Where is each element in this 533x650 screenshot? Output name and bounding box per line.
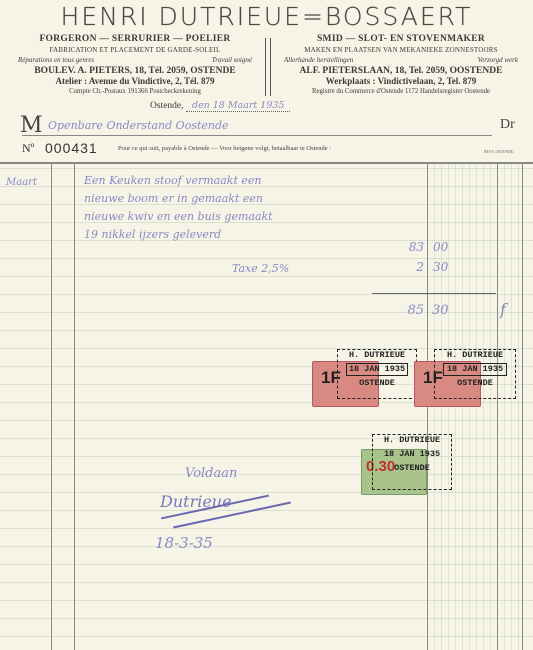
amount-grid <box>427 164 522 650</box>
postmark-line: H. DUTRIEUE <box>373 435 451 446</box>
nl-workshop: Werkplaats : Vindictivelaan, 2, Tel. 879 <box>270 76 532 87</box>
sum-rule <box>372 293 496 294</box>
cancel-postmark-3: H. DUTRIEUE 18 JAN 1935 OSTENDE <box>372 434 452 490</box>
invoice-number: 000431 <box>45 140 98 156</box>
amount-1-units: 83 <box>400 240 424 254</box>
column-line-5 <box>522 164 523 650</box>
nl-activity: MAKEN EN PLAATSEN VAN MEKANIEKE ZONNESTO… <box>270 45 532 56</box>
postmark-line: 18 JAN 1935 <box>443 363 507 376</box>
entry-line: 19 nikkel ijzers geleverd <box>84 226 404 244</box>
invoice-paper: HENRI DUTRIEUE=BOSSAERT FORGERON — SERRU… <box>0 0 533 650</box>
cancel-postmark-1: H. DUTRIEUE 18 JAN 1935 OSTENDE <box>337 349 417 399</box>
entry-line: nieuwe boom er in gemaakt een <box>84 190 404 208</box>
paid-note: Voldaan <box>185 466 237 481</box>
fr-right-note: Travail soigné <box>212 55 252 66</box>
nl-right-note: Verzorgd werk <box>478 55 518 66</box>
fr-account: Compte Ch.-Postaux 191366 Postcheckreken… <box>4 87 266 98</box>
payable-text: Pour ce qui suit, payable à Ostende — Vo… <box>118 145 331 152</box>
letterhead-dutch: SMID — SLOT- EN STOVENMAKER MAKEN EN PLA… <box>270 34 532 97</box>
nl-left-note: Allerhande herstellingen <box>284 55 353 66</box>
nl-registry: Registre du Commerce d'Ostende 1172 Hand… <box>270 87 532 98</box>
signature: Dutrieue <box>160 492 232 511</box>
fr-left-note: Réparations en tous genres <box>18 55 94 66</box>
amount-1-cents: 00 <box>433 240 448 254</box>
fr-notes: Réparations en tous genres Travail soign… <box>4 55 266 66</box>
column-line-3 <box>427 164 428 650</box>
addressee-handwritten: Openbare Onderstand Oostende <box>48 119 229 132</box>
nl-address: ALF. PIETERSLAAN, 18, Tel. 2059, OOSTEND… <box>270 66 532 77</box>
postmark-line: 18 JAN 1935 <box>346 363 408 376</box>
postmark-line: 18 JAN 1935 <box>381 449 443 460</box>
total-units: 85 <box>398 303 424 318</box>
fr-activity: FABRICATION ET PLACEMENT DE GARDE-SOLEIL <box>4 45 266 56</box>
date-handwritten: den 18 Maart 1935 <box>186 100 291 112</box>
date-line: Ostende, den 18 Maart 1935 <box>150 100 290 111</box>
postmark-line: OSTENDE <box>373 463 451 474</box>
column-line-2 <box>74 164 75 650</box>
company-name: HENRI DUTRIEUE=BOSSAERT <box>0 2 533 31</box>
fr-workshop: Atelier : Avenue du Vindictive, 2, Tél. … <box>4 76 266 87</box>
column-line-4 <box>497 164 498 650</box>
letterhead-french: FORGERON — SERRURIER — POELIER FABRICATI… <box>4 34 266 97</box>
postmark-line: OSTENDE <box>435 378 515 389</box>
entry-line: nieuwe kwiv en een buis gemaakt <box>84 208 404 226</box>
column-line-1 <box>51 164 52 650</box>
entry-month: Maart <box>6 177 37 188</box>
amount-2-units: 2 <box>400 260 424 274</box>
cancel-postmark-2: H. DUTRIEUE 18 JAN 1935 OSTENDE <box>434 349 516 399</box>
amount-2-cents: 30 <box>433 260 448 274</box>
entry-line: Een Keuken stoof vermaakt een <box>84 172 404 190</box>
tax-label: Taxe 2,5% <box>232 262 289 275</box>
postmark-line: OSTENDE <box>338 378 416 389</box>
debtor-suffix: Dr <box>500 117 515 133</box>
postmark-line: H. DUTRIEUE <box>338 350 416 361</box>
postmark-line: H. DUTRIEUE <box>435 350 515 361</box>
place-label: Ostende, <box>150 101 184 111</box>
nl-notes: Allerhande herstellingen Verzorgd werk <box>270 55 532 66</box>
signature-date: 18-3-35 <box>155 534 213 552</box>
entry-description: Een Keuken stoof vermaakt een nieuwe boo… <box>84 172 404 244</box>
fr-trades: FORGERON — SERRURIER — POELIER <box>4 34 266 45</box>
fr-address: BOULEV. A. PIETERS, 18, Tél. 2059, OSTEN… <box>4 66 266 77</box>
printer-mark: BEYS, OSTENDE. <box>484 150 514 154</box>
total-cents: 30 <box>432 303 449 318</box>
nl-trades: SMID — SLOT- EN STOVENMAKER <box>270 34 532 45</box>
number-label: Nº <box>22 141 34 156</box>
total-mark: f <box>500 300 506 319</box>
addressee-prefix: M <box>20 113 43 138</box>
